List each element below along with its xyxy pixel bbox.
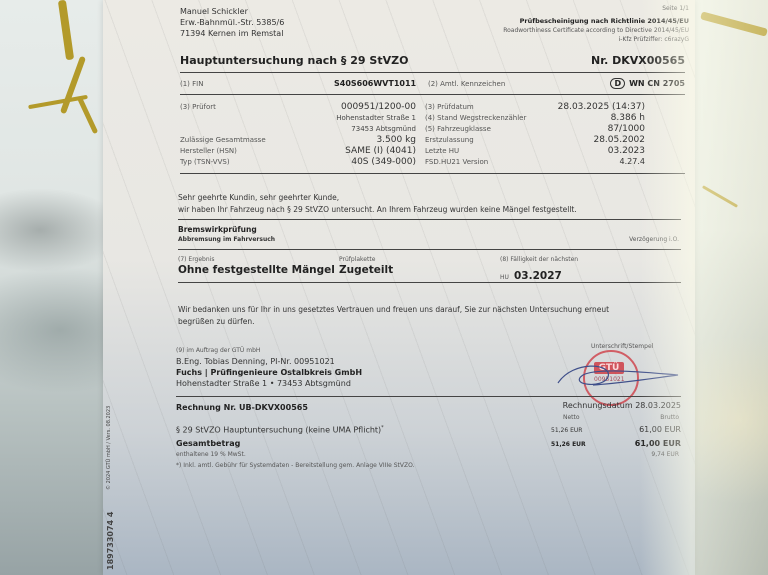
vehicle-fields-left: (3) Prüfort000951/1200-00 Hohenstadter S…: [180, 101, 416, 167]
total-label: Gesamtbetrag: [176, 439, 240, 448]
gold-vein: [700, 11, 768, 36]
invoice-number: Rechnung Nr. UB-DKVX00565: [176, 403, 308, 412]
certificate-title-en: Roadworthiness Certificate according to …: [503, 26, 689, 35]
plate-value: DWN CN 2705: [610, 78, 685, 89]
gold-vein: [58, 0, 74, 60]
brake-test-subtitle: Abbremsung im Fahrversuch: [178, 236, 275, 243]
field-row: (4) Stand Wegstreckenzähler8.386 h: [425, 112, 645, 123]
field-label: (5) Fahrzeugklasse: [425, 125, 491, 133]
greeting: Sehr geehrte Kundin, sehr geehrter Kunde…: [178, 192, 577, 216]
total-brutto: 61,00 EUR: [635, 439, 681, 448]
field-label: Erstzulassung: [425, 136, 474, 144]
netto-header: Netto: [563, 414, 580, 421]
field-row: (3) Prüfort000951/1200-00: [180, 101, 416, 112]
greeting-line: Sehr geehrte Kundin, sehr geehrter Kunde…: [178, 192, 577, 204]
company-address: Hohenstadter Straße 1 • 73453 Abtsgmünd: [176, 378, 362, 389]
brake-test-title: Bremswirkprüfung: [178, 225, 257, 234]
field-row: Letzte HU03.2023: [425, 145, 645, 156]
signature-label: Unterschrift/Stempel: [591, 343, 653, 350]
field-label: Typ (TSN-VVS): [180, 158, 230, 166]
sender-city: 71394 Kernen im Remstal: [180, 28, 284, 39]
field-row: (5) Fahrzeugklasse87/1000: [425, 123, 645, 134]
gold-vein: [77, 96, 98, 134]
next-due-value: 03.2027: [514, 270, 562, 282]
field-label: (4) Stand Wegstreckenzähler: [425, 114, 526, 122]
field-row: FSD.HU21 Version4.27.4: [425, 156, 645, 167]
result-label: (7) Ergebnis: [178, 256, 214, 263]
brake-test-result: Verzögerung i.O.: [629, 236, 679, 243]
field-row: Hohenstadter Straße 1: [180, 112, 416, 123]
sender-address: Manuel Schickler Erw.-Bahnmül.-Str. 5385…: [180, 6, 284, 39]
field-label: (3) Prüfdatum: [425, 103, 474, 111]
divider: [180, 94, 685, 95]
next-due: HU 03.2027: [500, 264, 562, 283]
field-value: 28.05.2002: [593, 135, 645, 145]
field-row: 73453 Abtsgmünd: [180, 123, 416, 134]
field-row: Typ (TSN-VVS)40S (349-000): [180, 156, 416, 167]
field-value: 87/1000: [608, 124, 645, 134]
brutto-header: Brutto: [660, 414, 679, 421]
plate-number: WN CN 2705: [629, 79, 685, 88]
field-label: (3) Prüfort: [180, 103, 216, 111]
sticker-label: Prüfplakette: [339, 256, 375, 263]
thank-you-text: Wir bedanken uns für Ihr in uns gesetzte…: [178, 304, 609, 328]
field-value: 8.386 h: [611, 113, 645, 123]
inspector-name: B.Eng. Tobias Denning, PI-Nr. 00951021: [176, 356, 362, 367]
field-label: FSD.HU21 Version: [425, 158, 488, 166]
thanks-line: begrüßen zu dürfen.: [178, 316, 609, 328]
result-value: Ohne festgestellte Mängel: [178, 264, 335, 276]
field-label: Zulässige Gesamtmasse: [180, 136, 266, 144]
vehicle-fields-right: (3) Prüfdatum28.03.2025 (14:37) (4) Stan…: [425, 101, 645, 167]
divider: [178, 219, 681, 220]
field-value: 3.500 kg: [376, 135, 416, 145]
footnote-mark: *: [381, 425, 384, 431]
field-value: 000951/1200-00: [341, 102, 416, 112]
plate-label: (2) Amtl. Kennzeichen: [428, 80, 505, 88]
page-title: Hauptuntersuchung nach § 29 StVZO: [180, 54, 408, 67]
sender-name: Manuel Schickler: [180, 6, 284, 17]
signature: [553, 355, 683, 395]
invoice-footnote: *) Inkl. amtl. Gebühr für Systemdaten - …: [176, 462, 415, 469]
divider: [178, 282, 681, 283]
document-number: Nr. DKVX00565: [591, 54, 685, 67]
invoice-date: Rechnungsdatum 28.03.2025: [563, 401, 681, 410]
field-value: SAME (I) (4041): [345, 146, 416, 156]
certificate-header: Seite 1/1 Prüfbescheinigung nach Richtli…: [503, 4, 689, 44]
next-due-label: (8) Fälligkeit der nächsten: [500, 256, 578, 263]
field-label: Letzte HU: [425, 147, 459, 155]
field-label: Hersteller (HSN): [180, 147, 237, 155]
divider: [178, 249, 681, 250]
field-row: Erstzulassung28.05.2002: [425, 134, 645, 145]
total-netto: 51,26 EUR: [551, 441, 586, 448]
inspector-block: (9) im Auftrag der GTÜ mbH B.Eng. Tobias…: [176, 345, 362, 389]
field-value: 73453 Abtsgmünd: [351, 125, 416, 133]
on-behalf-label: (9) im Auftrag der GTÜ mbH: [176, 345, 362, 356]
field-value: 40S (349-000): [351, 157, 416, 167]
next-due-prefix: HU: [500, 274, 509, 281]
item-brutto: 61,00 EUR: [639, 425, 681, 434]
fin-label: (1) FIN: [180, 80, 203, 88]
divider: [180, 72, 685, 73]
checksum: i-Kfz Prüfziffer: c6razyG: [503, 35, 689, 44]
divider: [180, 173, 685, 174]
thanks-line: Wir bedanken uns für Ihr in uns gesetzte…: [178, 304, 609, 316]
serial-number: 189733074 4: [106, 512, 115, 570]
gold-vein: [702, 185, 738, 208]
item-netto: 51,26 EUR: [551, 427, 582, 434]
sticker-value: Zugeteilt: [339, 264, 393, 276]
vat-label: enthaltene 19 % MwSt.: [176, 451, 246, 458]
sender-street: Erw.-Bahnmül.-Str. 5385/6: [180, 17, 284, 28]
field-value: Hohenstadter Straße 1: [336, 114, 416, 122]
invoice-item-label: § 29 StVZO Hauptuntersuchung (keine UMA …: [176, 426, 381, 435]
divider: [176, 396, 681, 397]
fin-value: S40S606WVT1011: [334, 79, 416, 88]
field-value: 4.27.4: [620, 157, 645, 166]
field-value: 28.03.2025 (14:37): [558, 102, 645, 112]
field-row: Hersteller (HSN)SAME (I) (4041): [180, 145, 416, 156]
vat-value: 9,74 EUR: [651, 451, 679, 458]
field-row: Zulässige Gesamtmasse3.500 kg: [180, 134, 416, 145]
greeting-line: wir haben Ihr Fahrzeug nach § 29 StVZO u…: [178, 204, 577, 216]
field-row: (3) Prüfdatum28.03.2025 (14:37): [425, 101, 645, 112]
invoice-item: § 29 StVZO Hauptuntersuchung (keine UMA …: [176, 425, 384, 435]
certificate-title-de: Prüfbescheinigung nach Richtlinie 2014/4…: [503, 17, 689, 26]
inspection-company: Fuchs | Prüfingenieure Ostalbkreis GmbH: [176, 367, 362, 378]
country-badge: D: [610, 78, 625, 89]
field-value: 03.2023: [608, 146, 645, 156]
copyright-note: © 2024 GTÜ mbH / Vers. 08.2023: [106, 406, 112, 490]
inspection-certificate: Manuel Schickler Erw.-Bahnmül.-Str. 5385…: [103, 0, 695, 575]
page-indicator: Seite 1/1: [503, 4, 689, 13]
